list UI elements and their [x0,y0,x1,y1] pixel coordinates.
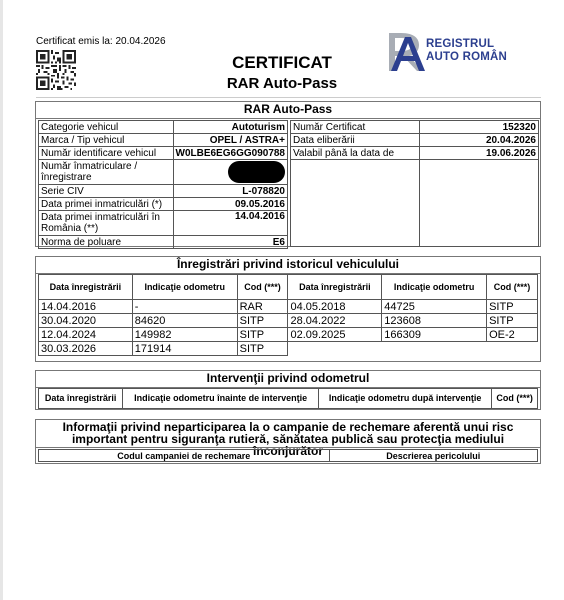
table-row: 30.03.2026171914SITP [39,342,538,356]
table-cell: SITP [237,314,288,328]
field-label: Număr Certificat [291,121,420,134]
certificate-table: Număr Certificat152320Data eliberării20.… [290,120,539,247]
table-row-empty [291,160,539,247]
table-cell: 12.04.2024 [39,328,133,342]
table-cell: 123608 [382,314,487,328]
field-value: OPEL / ASTRA+ [173,134,288,147]
field-label: Norma de poluare [39,236,174,249]
field-value: Autoturism [173,121,288,134]
issued-date: Certificat emis la: 20.04.2026 [36,36,166,47]
field-value: 14.04.2016 [173,211,288,236]
section-heading: Intervenţii privind odometrul [36,371,540,388]
table-cell [382,342,487,356]
table-row: Marca / Tip vehiculOPEL / ASTRA+ [39,134,288,147]
field-label: Număr identificare vehicul [39,147,174,160]
section-heading: Înregistrări privind istoricul vehiculul… [36,257,540,274]
odometer-interventions-section: Intervenţii privind odometrul Data înreg… [35,370,541,410]
field-label: Număr înmatriculare / înregistrare [39,160,174,185]
field-value: W0LBE6EG6GG090788 [173,147,288,160]
field-label: Categorie vehicul [39,121,174,134]
history-section: Înregistrări privind istoricul vehiculul… [35,256,541,362]
column-header: Indicaţie odometru după intervenţie [319,389,492,409]
brand-line-1: REGISTRUL [426,38,507,51]
vehicle-info-section: RAR Auto-Pass Categorie vehiculAutoturis… [35,101,541,247]
header-divider [36,97,541,98]
table-row: 12.04.2024149982SITP02.09.2025166309OE-2 [39,328,538,342]
column-header: Cod (***) [492,389,538,409]
table-cell: 149982 [132,328,237,342]
table-row: Serie CIVL-078820 [39,185,288,198]
field-value: 09.05.2016 [173,198,288,211]
table-cell: SITP [487,300,538,314]
table-cell: 28.04.2022 [288,314,382,328]
column-header: Indicaţie odometru înainte de intervenţi… [123,389,319,409]
table-cell: 84620 [132,314,237,328]
field-label: Marca / Tip vehicul [39,134,174,147]
field-label: Valabil până la data de [291,147,420,160]
field-value: 20.04.2026 [420,134,539,147]
column-header: Data înregistrării [39,275,133,300]
table-row: Număr identificare vehiculW0LBE6EG6GG090… [39,147,288,160]
table-cell: 04.05.2018 [288,300,382,314]
table-row: Valabil până la data de19.06.2026 [291,147,539,160]
table-cell: 171914 [132,342,237,356]
table-row: Data primei inmatriculări (*)09.05.2016 [39,198,288,211]
table-cell: SITP [237,328,288,342]
field-label: Serie CIV [39,185,174,198]
field-value: 19.06.2026 [420,147,539,160]
empty-cell [420,160,539,247]
table-cell: 44725 [382,300,487,314]
column-header: Indicaţie odometru [132,275,237,300]
column-header: Descrierea pericolului [329,450,537,462]
column-header: Codul campaniei de rechemare [39,450,330,462]
field-value: 152320 [420,121,539,134]
table-cell: 02.09.2025 [288,328,382,342]
page-subtitle: RAR Auto-Pass [0,75,564,92]
table-cell: 30.03.2026 [39,342,133,356]
recall-table: Codul campaniei de rechemareDescrierea p… [38,449,538,462]
table-row: Data primei inmatriculări în România (**… [39,211,288,236]
redacted-plate-number [228,161,285,183]
recall-section: Informaţii privind neparticiparea la o c… [35,419,541,464]
field-value: E6 [173,236,288,249]
table-cell: SITP [237,342,288,356]
brand-name: REGISTRUL AUTO ROMÂN [426,38,507,64]
table-cell: 30.04.2020 [39,314,133,328]
vehicle-table: Categorie vehiculAutoturismMarca / Tip v… [38,120,288,249]
table-row: Număr înmatriculare / înregistrare [39,160,288,185]
interventions-table: Data înregistrăriiIndicaţie odometru îna… [38,388,538,409]
column-header: Data înregistrării [288,275,382,300]
field-label: Data primei inmatriculări în România (**… [39,211,174,236]
table-row: Număr Certificat152320 [291,121,539,134]
table-cell: RAR [237,300,288,314]
table-row: 30.04.202084620SITP28.04.2022123608SITP [39,314,538,328]
section-heading: RAR Auto-Pass [36,102,540,119]
column-header: Cod (***) [487,275,538,300]
field-value [173,160,288,185]
table-cell: 14.04.2016 [39,300,133,314]
table-row: Data eliberării20.04.2026 [291,134,539,147]
field-label: Data eliberării [291,134,420,147]
empty-cell [291,160,420,247]
table-row: Categorie vehiculAutoturism [39,121,288,134]
history-table: Data înregistrăriiIndicaţie odometruCod … [38,274,538,356]
table-cell: SITP [487,314,538,328]
table-row: 14.04.2016-RAR04.05.201844725SITP [39,300,538,314]
table-cell: OE-2 [487,328,538,342]
section-heading: Informaţii privind neparticiparea la o c… [36,420,540,448]
table-cell: 166309 [382,328,487,342]
table-cell: - [132,300,237,314]
table-cell [487,342,538,356]
table-row: Norma de poluareE6 [39,236,288,249]
field-value: L-078820 [173,185,288,198]
column-header: Data înregistrării [39,389,123,409]
column-header: Cod (***) [237,275,288,300]
brand-line-2: AUTO ROMÂN [426,51,507,64]
column-header: Indicaţie odometru [382,275,487,300]
field-label: Data primei inmatriculări (*) [39,198,174,211]
table-cell [288,342,382,356]
